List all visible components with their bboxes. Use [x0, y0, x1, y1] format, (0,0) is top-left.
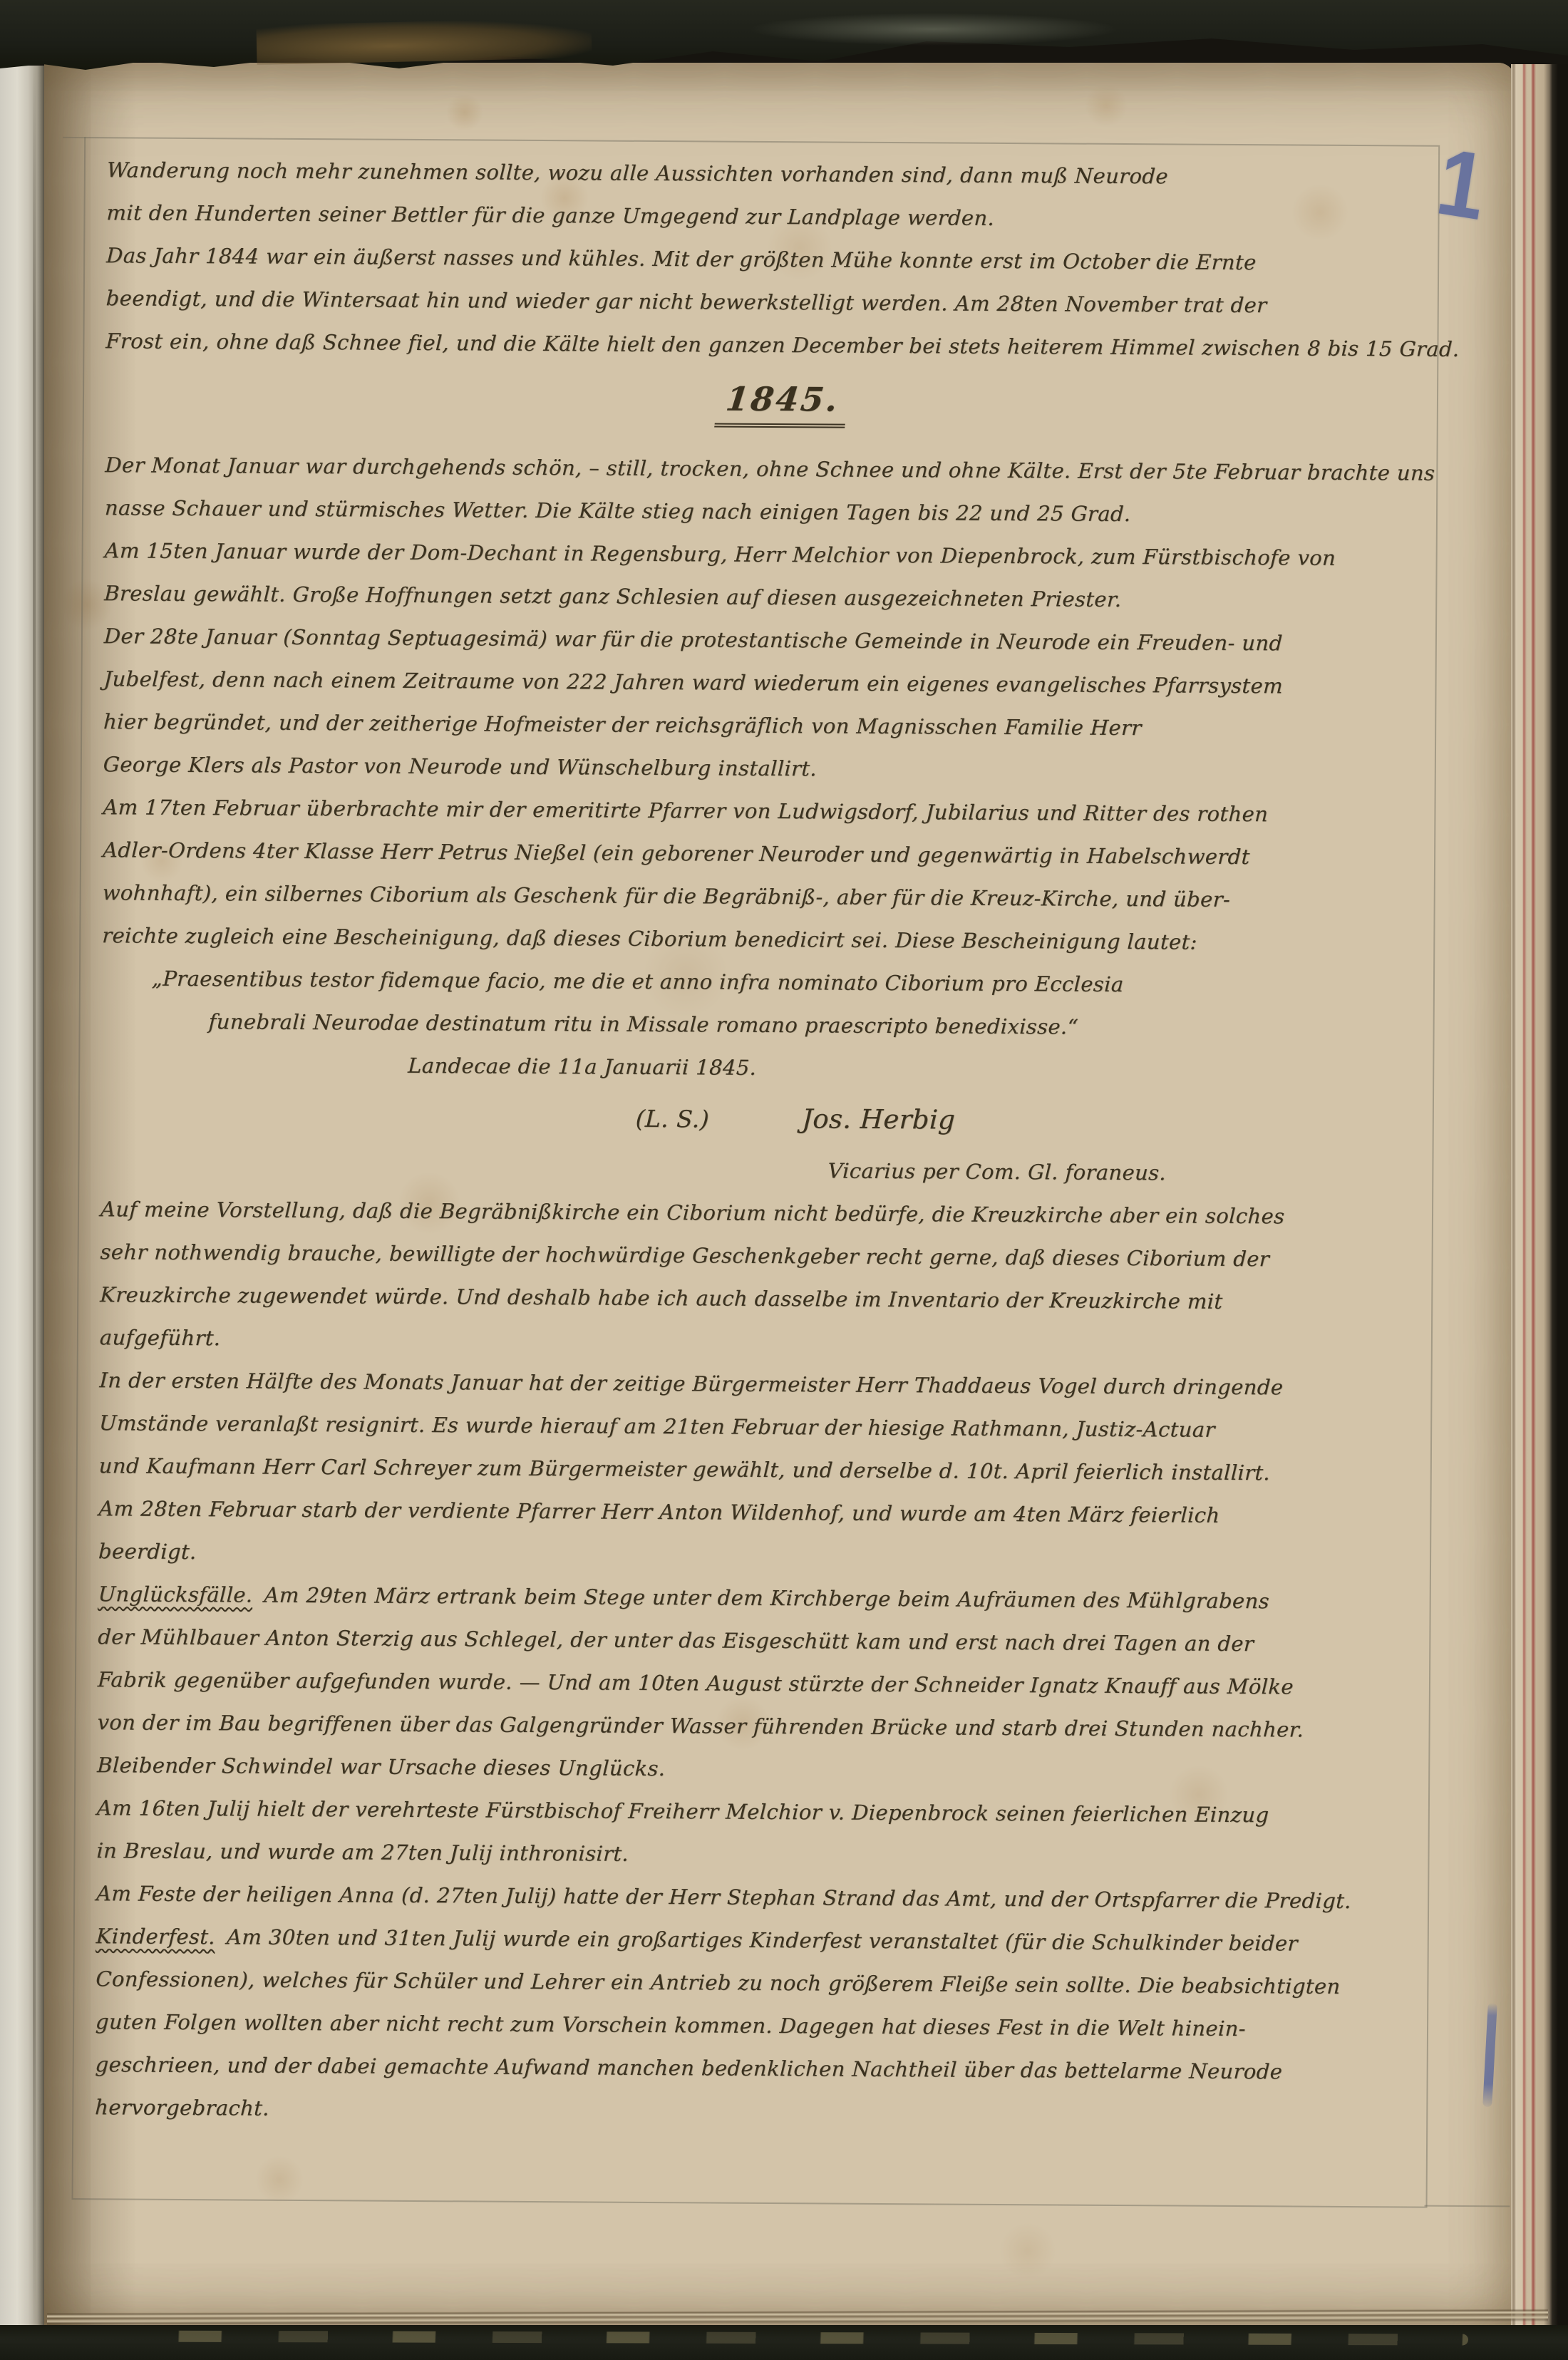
manuscript-page: Wanderung noch mehr zunehmen sollte, woz…	[44, 63, 1515, 2329]
gutter-crease	[33, 66, 36, 2329]
book-fore-edge	[1511, 64, 1568, 2332]
page-content: Wanderung noch mehr zunehmen sollte, woz…	[31, 63, 1515, 2339]
year-heading: 1845.	[715, 379, 851, 428]
book-scan-photo: Wanderung noch mehr zunehmen sollte, woz…	[0, 0, 1568, 2360]
cover-tear-mark	[256, 18, 592, 65]
seal-mark: (L. S.)	[634, 1089, 711, 1150]
pencil-frame-extension-bottom	[1425, 2205, 1510, 2207]
pencil-frame-extension-top	[63, 137, 86, 138]
manuscript-line: (L. S.)Jos. Herbig	[100, 1085, 1456, 1153]
manuscript-text: Wanderung noch mehr zunehmen sollte, woz…	[95, 148, 1461, 2137]
signature-name: Jos. Herbig	[800, 1089, 956, 1150]
underlined-keyword: Kinderfest.	[96, 1924, 216, 1949]
manuscript-line: hervorgebracht.	[94, 2086, 1450, 2137]
underlined-keyword: Unglücksfälle.	[98, 1582, 253, 1607]
cover-worn-patch	[748, 13, 1119, 46]
manuscript-line: Frost ein, ohne daß Schnee fiel, und die…	[105, 319, 1460, 371]
